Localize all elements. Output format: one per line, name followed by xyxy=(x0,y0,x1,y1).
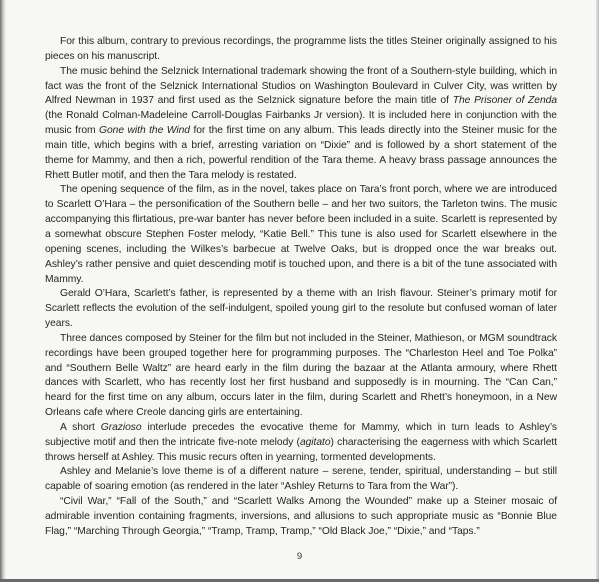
paragraph: For this album, contrary to previous rec… xyxy=(45,35,557,65)
italic-title: agitato xyxy=(300,437,331,448)
booklet-page: For this album, contrary to previous rec… xyxy=(0,0,599,582)
text-run: Ashley and Melanie’s love theme is of a … xyxy=(45,466,557,492)
paragraph: Three dances composed by Steiner for the… xyxy=(45,332,557,421)
italic-title: The Prisoner of Zenda xyxy=(453,95,557,106)
text-run: A short xyxy=(60,422,101,433)
italic-title: Gone with the Wind xyxy=(99,125,190,136)
paragraph: Ashley and Melanie’s love theme is of a … xyxy=(45,465,557,495)
italic-title: Grazioso xyxy=(101,422,142,433)
paragraph: The music behind the Selznick Internatio… xyxy=(45,65,557,184)
page-number: 9 xyxy=(0,551,599,562)
paragraph: “Civil War,” “Fall of the South,” and “S… xyxy=(45,495,557,540)
paragraph: The opening sequence of the film, as in … xyxy=(45,183,557,287)
text-run: For this album, contrary to previous rec… xyxy=(45,36,557,62)
text-run: The opening sequence of the film, as in … xyxy=(45,184,557,284)
text-run: “Civil War,” “Fall of the South,” and “S… xyxy=(45,496,557,537)
text-run: Gerald O’Hara, Scarlett’s father, is rep… xyxy=(45,288,557,329)
paragraph: A short Grazioso interlude precedes the … xyxy=(45,421,557,466)
body-text: For this album, contrary to previous rec… xyxy=(45,35,557,540)
paragraph: Gerald O’Hara, Scarlett’s father, is rep… xyxy=(45,287,557,332)
text-run: Three dances composed by Steiner for the… xyxy=(45,333,557,418)
page-binding-edge xyxy=(0,0,6,582)
